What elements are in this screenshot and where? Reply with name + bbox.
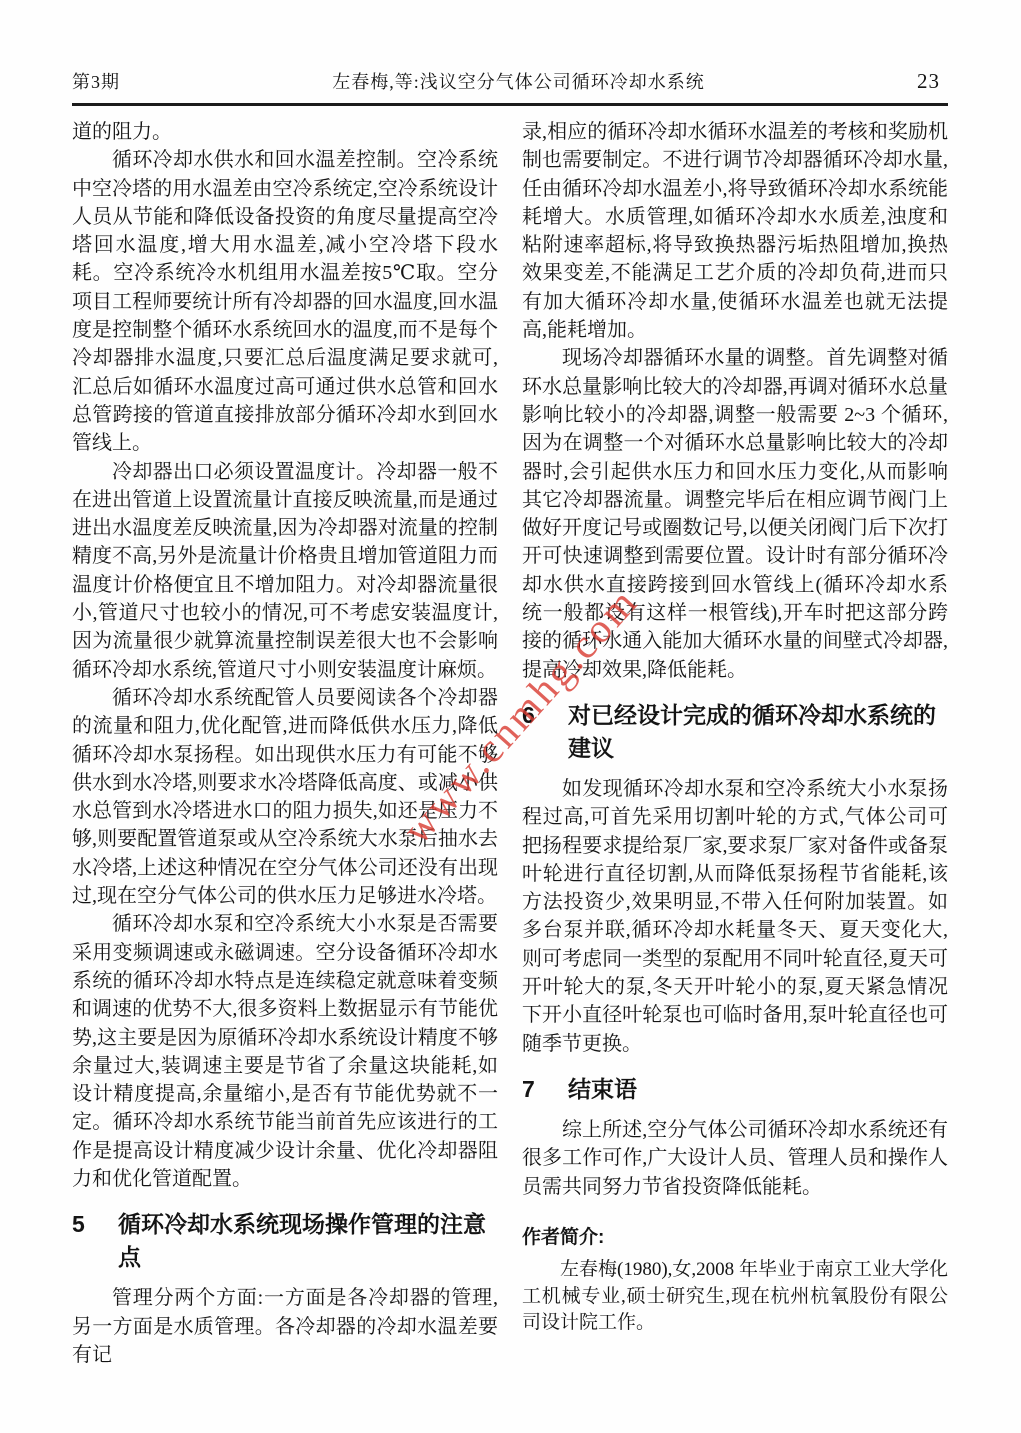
section-number: 5 [72,1208,118,1274]
issue-number: 第3期 [72,68,120,94]
paragraph: 综上所述,空分气体公司循环冷却水系统还有很多工作可作,广大设计人员、管理人员和操… [522,1116,948,1201]
paragraph: 如发现循环冷却水泵和空冷系统大小水泵扬程过高,可首先采用切割叶轮的方式,气体公司… [522,775,948,1058]
two-column-body: 道的阻力。 循环冷却水供水和回水温差控制。空冷系统中空冷塔的用水温差由空冷系统定… [72,118,948,1369]
section-heading-7: 7 结束语 [522,1073,948,1106]
paragraph: 道的阻力。 [72,118,498,146]
paragraph: 冷却器出口必须设置温度计。冷却器一般不在进出管道上设置流量计直接反映流量,而是通… [72,458,498,684]
section-heading-6: 6 对已经设计完成的循环冷却水系统的建议 [522,699,948,765]
author-bio-text: 左春梅(1980),女,2008 年毕业于南京工业大学化工机械专业,硕士研究生,… [522,1257,948,1337]
author-bio-label: 作者简介: [522,1225,948,1252]
header-rule [72,103,948,106]
section-number: 7 [522,1073,568,1106]
right-column: 录,相应的循环冷却水循环水温差的考核和奖励机制也需要制定。不进行调节冷却器循环冷… [522,118,948,1369]
left-column: 道的阻力。 循环冷却水供水和回水温差控制。空冷系统中空冷塔的用水温差由空冷系统定… [72,118,498,1369]
journal-page: 第3期 左春梅,等:浅议空分气体公司循环冷却水系统 23 道的阻力。 循环冷却水… [0,0,1021,1433]
section-title: 循环冷却水系统现场操作管理的注意点 [118,1208,498,1274]
section-title: 对已经设计完成的循环冷却水系统的建议 [568,699,948,765]
paragraph: 循环冷却水供水和回水温差控制。空冷系统中空冷塔的用水温差由空冷系统定,空冷系统设… [72,146,498,457]
section-number: 6 [522,699,568,765]
page-number: 23 [917,69,948,94]
page-content: 第3期 左春梅,等:浅议空分气体公司循环冷却水系统 23 道的阻力。 循环冷却水… [72,68,948,1369]
paragraph: 录,相应的循环冷却水循环水温差的考核和奖励机制也需要制定。不进行调节冷却器循环冷… [522,118,948,344]
paragraph: 循环冷却水系统配管人员要阅读各个冷却器的流量和阻力,优化配管,进而降低供水压力,… [72,684,498,910]
author-bio-block: 作者简介: 左春梅(1980),女,2008 年毕业于南京工业大学化工机械专业,… [522,1225,948,1337]
paragraph: 管理分两个方面:一方面是各冷却器的管理,另一方面是水质管理。各冷却器的冷却水温差… [72,1284,498,1369]
paragraph: 现场冷却器循环水量的调整。首先调整对循环水总量影响比较大的冷却器,再调对循环水总… [522,344,948,684]
paragraph: 循环冷却水泵和空冷系统大小水泵是否需要采用变频调速或永磁调速。空分设备循环冷却水… [72,910,498,1193]
section-heading-5: 5 循环冷却水系统现场操作管理的注意点 [72,1208,498,1274]
section-title: 结束语 [568,1073,948,1106]
running-header: 第3期 左春梅,等:浅议空分气体公司循环冷却水系统 23 [72,68,948,94]
running-title: 左春梅,等:浅议空分气体公司循环冷却水系统 [120,68,917,94]
